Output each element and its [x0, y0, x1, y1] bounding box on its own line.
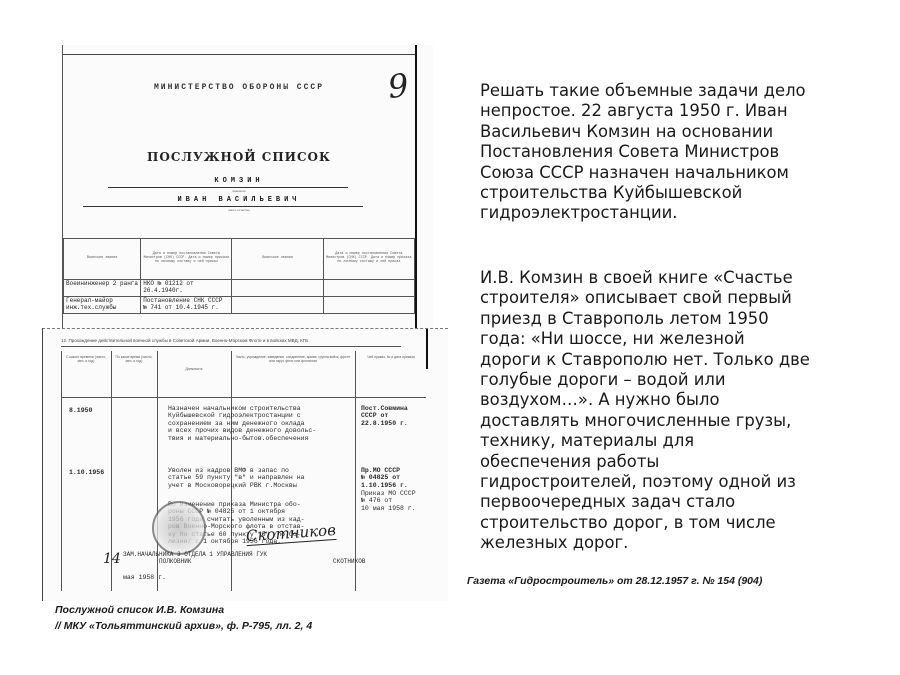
table-row: Генерал-майор инж.тех.службы Постановлен…	[64, 296, 415, 313]
service-record-scan: МИНИСТЕРСТВО ОБОРОНЫ СССР 9 ПОСЛУЖНОЙ СП…	[42, 45, 462, 600]
entry-order: Пр.МО СССР № 04825 от 1.10.1956 г.	[361, 467, 408, 489]
given-names: ИВАН ВАСИЛЬЕВИЧ	[63, 196, 415, 204]
table-row: Воеининженер 2 ранга НКО № 01212 от 26.4…	[64, 280, 415, 297]
document-title: ПОСЛУЖНОЙ СПИСОК	[63, 150, 415, 164]
entry-from-date: 1.10.1956	[69, 469, 104, 476]
rank-cell	[232, 280, 323, 297]
rank-cell	[232, 296, 323, 313]
caption-archive-ref: // МКУ «Тольяттинский архив», ф. Р-795, …	[55, 618, 312, 634]
ranks-table: Воинские звания Дата и номер постановлен…	[63, 238, 415, 314]
order-cell: НКО № 01212 от 26.4.1940г.	[141, 280, 232, 297]
paragraph-appointment: Решать такие объемные задачи дело непрос…	[480, 81, 806, 224]
given-caption: имя и отчество	[63, 208, 415, 212]
page-border	[426, 329, 428, 369]
entry-position: Назначен начальником строительства Куйбы…	[168, 405, 316, 442]
service-record-page-2: 12. Прохождение действительной военной с…	[42, 328, 448, 601]
page-border	[415, 45, 417, 335]
caption-title: Послужной список И.В. Комзина	[55, 602, 312, 618]
entry-position: Уволен из кадров ВМФ в запас по статье 5…	[168, 467, 305, 489]
header-cell: Чей приказ, № и дата приказа	[357, 355, 425, 359]
header-cell: Дата и номер постановления Совета Минист…	[141, 239, 232, 280]
order-cell	[323, 280, 414, 297]
header-rule	[61, 397, 426, 398]
signer-name: СКОТНИКОВ	[333, 559, 365, 566]
header-cell: Часть, учреждение, заведение, соединение…	[233, 355, 353, 364]
header-cell: По какое время (число, мес. и год)	[113, 355, 155, 364]
entry-order: Пост.Совмина СССР от 22.8.1950 г.	[361, 405, 408, 427]
service-record-page-1: МИНИСТЕРСТВО ОБОРОНЫ СССР 9 ПОСЛУЖНОЙ СП…	[62, 45, 433, 330]
surname: КОМЗИН	[63, 177, 415, 185]
entry-order: Приказ МО СССР № 476 от 10 мая 1958 г.	[361, 490, 416, 512]
paragraph-book-quote: И.В. Комзин в своей книге «Счастье строи…	[480, 268, 810, 554]
official-seal	[152, 501, 206, 555]
underline	[108, 187, 348, 188]
rank-cell: Генерал-майор инж.тех.службы	[64, 296, 141, 313]
service-section-heading: 12. Прохождение действительной военной с…	[61, 338, 401, 347]
handwritten-day: 14	[103, 551, 121, 567]
column-line	[61, 351, 62, 591]
entry-from-date: 8.1950	[69, 407, 92, 414]
underline	[83, 206, 363, 207]
signature-block: ЗАМ.НАЧАЛЬНИКА 3 ОТДЕЛА 1 УПРАВЛЕНИЯ ГУК…	[123, 552, 267, 566]
header-cell: Воинские звания	[232, 239, 323, 280]
page-border	[63, 54, 415, 55]
header-cell: Должность	[159, 367, 229, 371]
folio-number: 9	[386, 66, 410, 106]
ranks-table-header: Воинские звания Дата и номер постановлен…	[64, 239, 415, 280]
rank-cell: Воеининженер 2 ранга	[64, 280, 141, 297]
newspaper-source: Газета «Гидростроитель» от 28.12.1957 г.…	[467, 575, 762, 587]
order-cell	[323, 296, 414, 313]
signature-date: мая 1958 г.	[123, 574, 166, 581]
ministry-heading: МИНИСТЕРСТВО ОБОРОНЫ СССР	[63, 83, 415, 92]
image-caption: Послужной список И.В. Комзина // МКУ «То…	[55, 602, 312, 634]
order-cell: Постановление СНК СССР № 741 от 10.4.194…	[141, 296, 232, 313]
surname-caption: фамилия	[63, 189, 415, 193]
header-cell: Воинские звания	[64, 239, 141, 280]
column-line	[355, 351, 356, 591]
header-cell: Дата и номер постановления Совета Минист…	[323, 239, 414, 280]
header-cell: С какого времени (число, мес. и год)	[63, 355, 109, 364]
